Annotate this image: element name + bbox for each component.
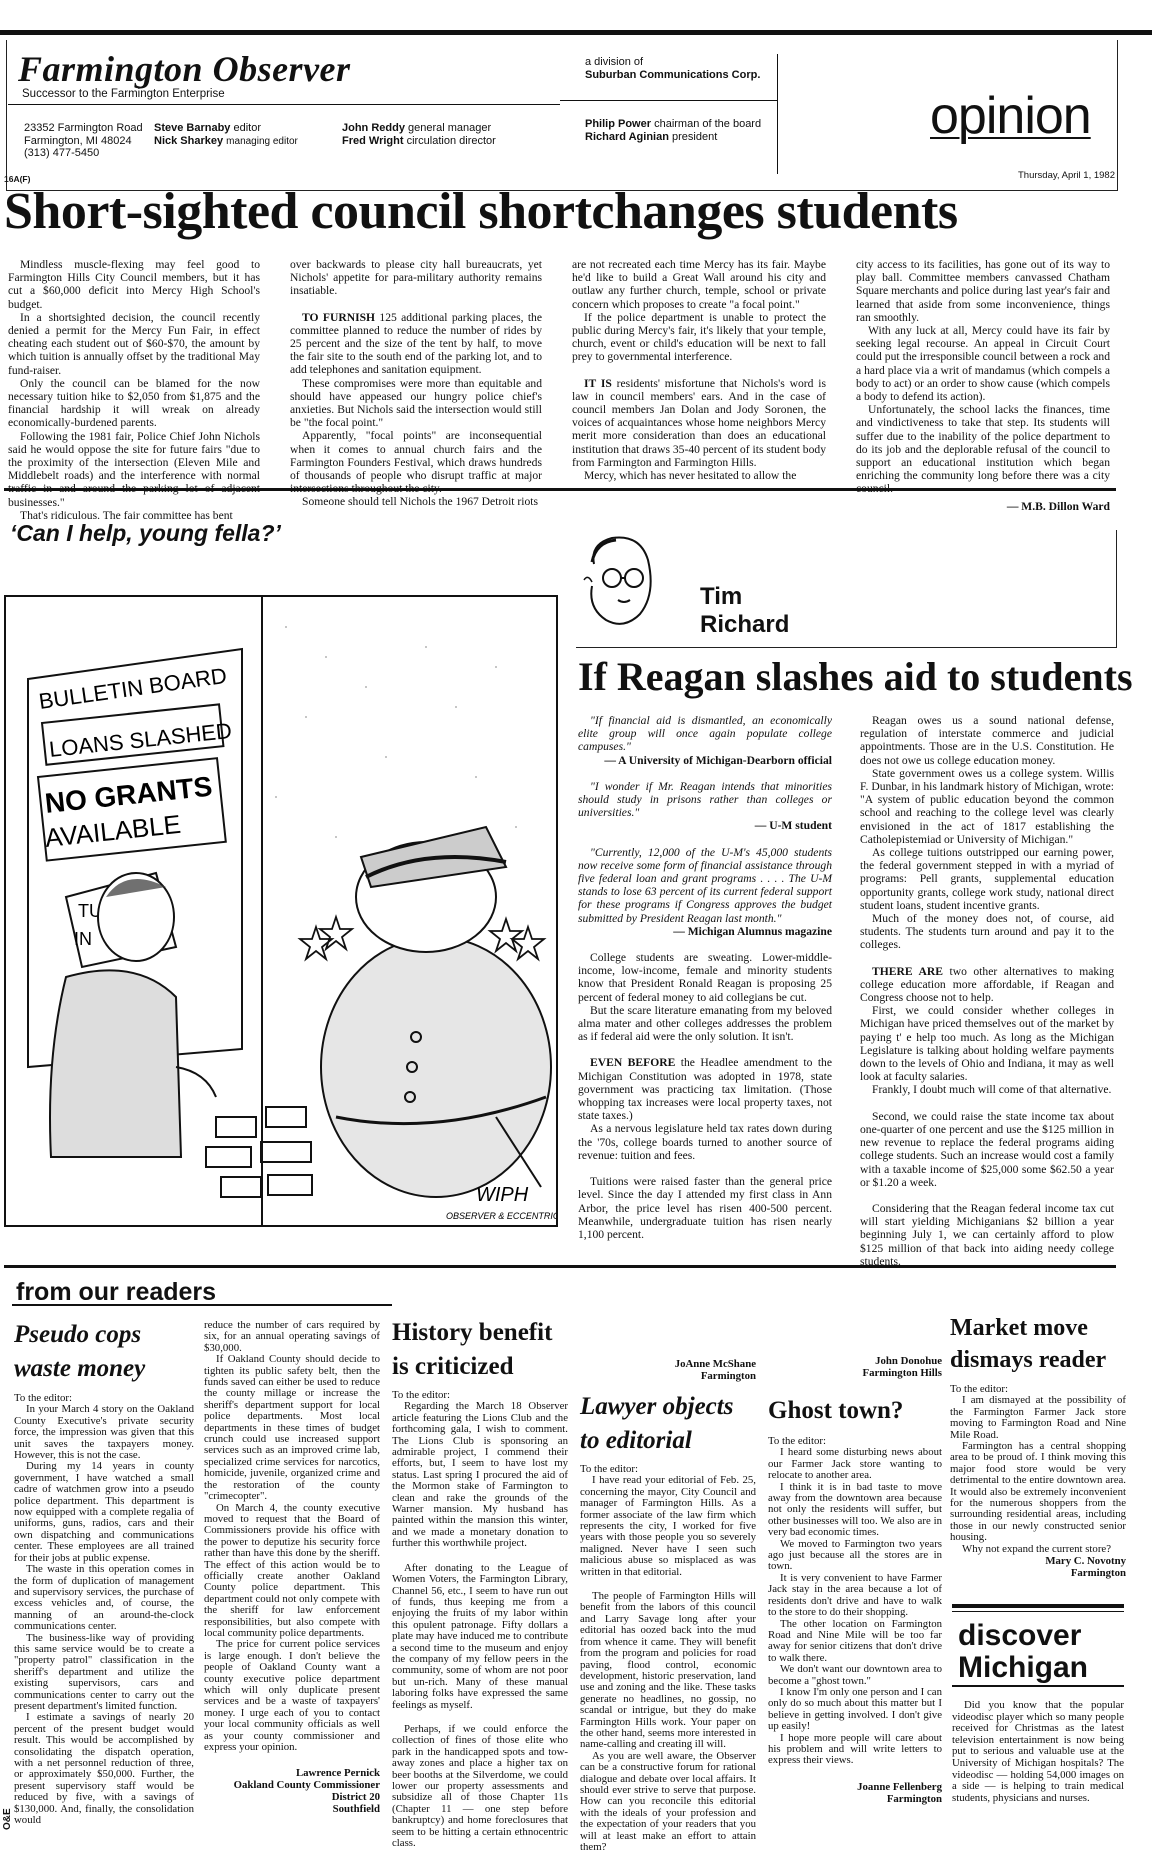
editorial-cartoon: BULLETIN BOARD LOANS SLASHED NO GRANTS A… [4,595,558,1227]
letter-pseudo-cops-body: To the editor: In your March 4 story on … [14,1393,194,1826]
masthead-top-rule [0,30,1152,35]
columnist-portrait [582,534,656,630]
svg-text:NO GRANTS: NO GRANTS [43,771,213,819]
side-label: O&E [2,1808,13,1830]
editorial-headline: Short-sighted council shortchanges stude… [4,182,958,241]
letter-lawyer-sig: John Donohue Farmington Hills [766,1355,942,1379]
masthead-tagline: Successor to the Farmington Enterprise [22,88,225,100]
letter-history-benefit-headline: History benefit is criticized [392,1316,572,1384]
letter-market-move-headline: Market move dismays reader [950,1312,1140,1376]
masthead-board: Philip Power chairman of the board Richa… [585,118,761,143]
masthead-vertical-divider [777,54,778,174]
readers-top-rule [4,1265,1116,1268]
svg-text:OBSERVER & ECCENTRIC: OBSERVER & ECCENTRIC [446,1211,556,1221]
masthead-address: 23352 Farmington Road Farmington, MI 480… [24,122,143,160]
letter-signature: John Donohue Farmington Hills [766,1355,942,1379]
masthead-managers: John Reddy general manager Fred Wright c… [342,122,496,147]
discover-michigan-title: discover Michigan [958,1620,1088,1684]
discover-bottom-rule [952,1685,1124,1687]
letter-pseudo-cops-continued: reduce the number of cars required by si… [204,1320,380,1815]
editorial-column-2: over backwards to please city hall burea… [290,258,542,509]
letter-signature: Lawrence Pernick Oakland County Commissi… [204,1767,380,1815]
editorial-signature: — M.B. Dillon Ward [856,500,1110,513]
svg-text:IN: IN [74,929,92,949]
column-right: Reagan owes us a sound national defense,… [860,714,1114,1268]
newspaper-logo: Farmington Observer [18,48,351,90]
letter-signature: Joanne Fellenberg Farmington [768,1781,942,1805]
svg-text:WIPH: WIPH [476,1184,529,1206]
discover-top-rule-thin [952,1611,1124,1612]
cartoon-illustration-icon: BULLETIN BOARD LOANS SLASHED NO GRANTS A… [6,597,556,1225]
letter-lawyer-headline: Lawyer objects to editorial [580,1390,760,1458]
letter-ghost-town-headline: Ghost town? [768,1396,944,1426]
letter-headline: Pseudo cops waste money [14,1318,194,1386]
discover-michigan-body: Did you know that the popular videodisc … [952,1700,1124,1804]
editorial-column-1: Mindless muscle-flexing may feel good to… [8,258,260,522]
masthead-editors: Steve Barnaby editor Nick Sharkey managi… [154,122,298,148]
editorial-column-3: are not recreated each time Mercy has it… [572,258,826,482]
column-headline: If Reagan slashes aid to students [578,653,1133,700]
column-left: "If financial aid is dismantled, an econ… [578,714,832,1241]
readers-section-title: from our readers [16,1278,216,1307]
columnist-name: Tim Richard [700,583,789,639]
issue-date: Thursday, April 1, 1982 [1018,170,1115,181]
editorial-column-4: city access to its facilities, has gone … [856,258,1110,513]
letter-signature: JoAnne McShane Farmington [580,1358,756,1382]
letter-history-benefit-sig: JoAnne McShane Farmington [580,1318,756,1382]
columnist-box [576,530,1117,648]
section-rule [4,488,1116,491]
readers-title-rule [12,1304,392,1306]
letter-signature: Mary C. Novotny Farmington [950,1555,1126,1579]
section-label-opinion: opinion [930,86,1091,146]
letter-lawyer-body: To the editor: I have read your editoria… [580,1464,756,1853]
cartoon-caption: ‘Can I help, young fella?’ [10,520,281,547]
columnist-sketch-icon [582,534,656,630]
letter-history-benefit-body: To the editor: Regarding the March 18 Ob… [392,1390,568,1849]
letter-ghost-town-body: To the editor: I heard some disturbing n… [768,1436,942,1805]
masthead-divider [8,104,560,105]
letter-pseudo-cops: Pseudo cops waste money [14,1318,194,1386]
discover-top-rule [952,1604,1124,1608]
masthead-divider-right [560,100,778,101]
letter-market-move-body: To the editor: I am dismayed at the poss… [950,1384,1126,1579]
masthead-division: a division of Suburban Communications Co… [585,56,760,81]
